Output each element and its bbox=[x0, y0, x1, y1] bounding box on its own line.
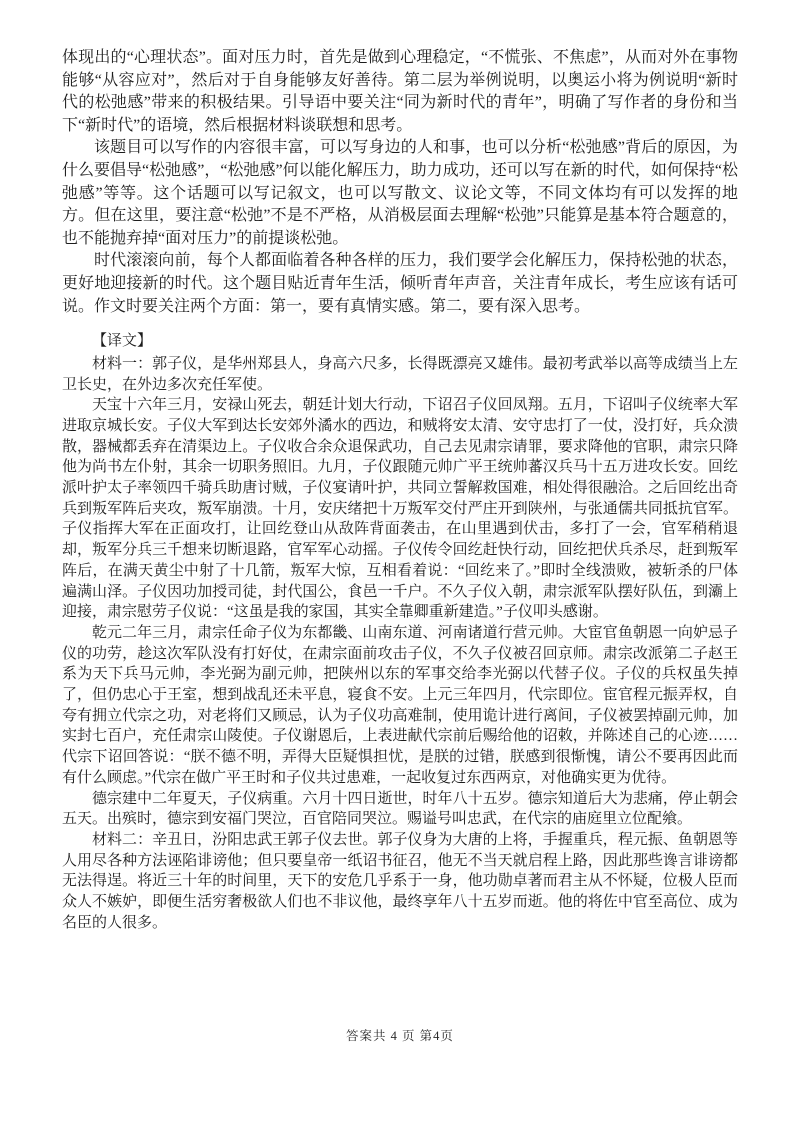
paragraph: 德宗建中二年夏天，子仪病重。六月十四日逝世，时年八十五岁。德宗知道后大为悲痛，停… bbox=[62, 789, 738, 830]
paragraph: 乾元二年三月，肃宗任命子仪为东都畿、山南东道、河南诸道行营元帅。大宦官鱼朝恩一向… bbox=[62, 623, 738, 789]
document-body: 体现出的“心理状态”。面对压力时，首先是做到心理稳定，“不慌张、不焦虑”，从而对… bbox=[62, 47, 738, 934]
paragraph: 天宝十六年三月，安禄山死去，朝廷计划大行动，下诏召子仪回凤翔。五月，下诏叫子仪统… bbox=[62, 395, 738, 623]
page-footer: 答案共 4 页 第4页 bbox=[0, 1026, 800, 1044]
paragraph: 材料一：郭子仪，是华州郑县人，身高六尺多，长得既漂亮又雄伟。最初考武举以高等成绩… bbox=[62, 354, 738, 395]
section-translation: 【译文】材料一：郭子仪，是华州郑县人，身高六尺多，长得既漂亮又雄伟。最初考武举以… bbox=[62, 331, 738, 933]
document-page: 体现出的“心理状态”。面对压力时，首先是做到心理稳定，“不慌张、不焦虑”，从而对… bbox=[0, 0, 800, 1131]
paragraph: 材料二：辛丑日，汾阳忠武王郭子仪去世。郭子仪身为大唐的上将，手握重兵，程元振、鱼… bbox=[62, 830, 738, 934]
paragraph: 该题目可以写作的内容很丰富，可以写身边的人和事，也可以分析“松弛感”背后的原因，… bbox=[62, 137, 738, 250]
section-analysis: 体现出的“心理状态”。面对压力时，首先是做到心理稳定，“不慌张、不焦虑”，从而对… bbox=[62, 47, 738, 318]
paragraph: 体现出的“心理状态”。面对压力时，首先是做到心理稳定，“不慌张、不焦虑”，从而对… bbox=[62, 47, 738, 137]
section-heading: 【译文】 bbox=[62, 331, 738, 352]
paragraph: 时代滚滚向前，每个人都面临着各种各样的压力，我们要学会化解压力，保持松弛的状态，… bbox=[62, 250, 738, 318]
